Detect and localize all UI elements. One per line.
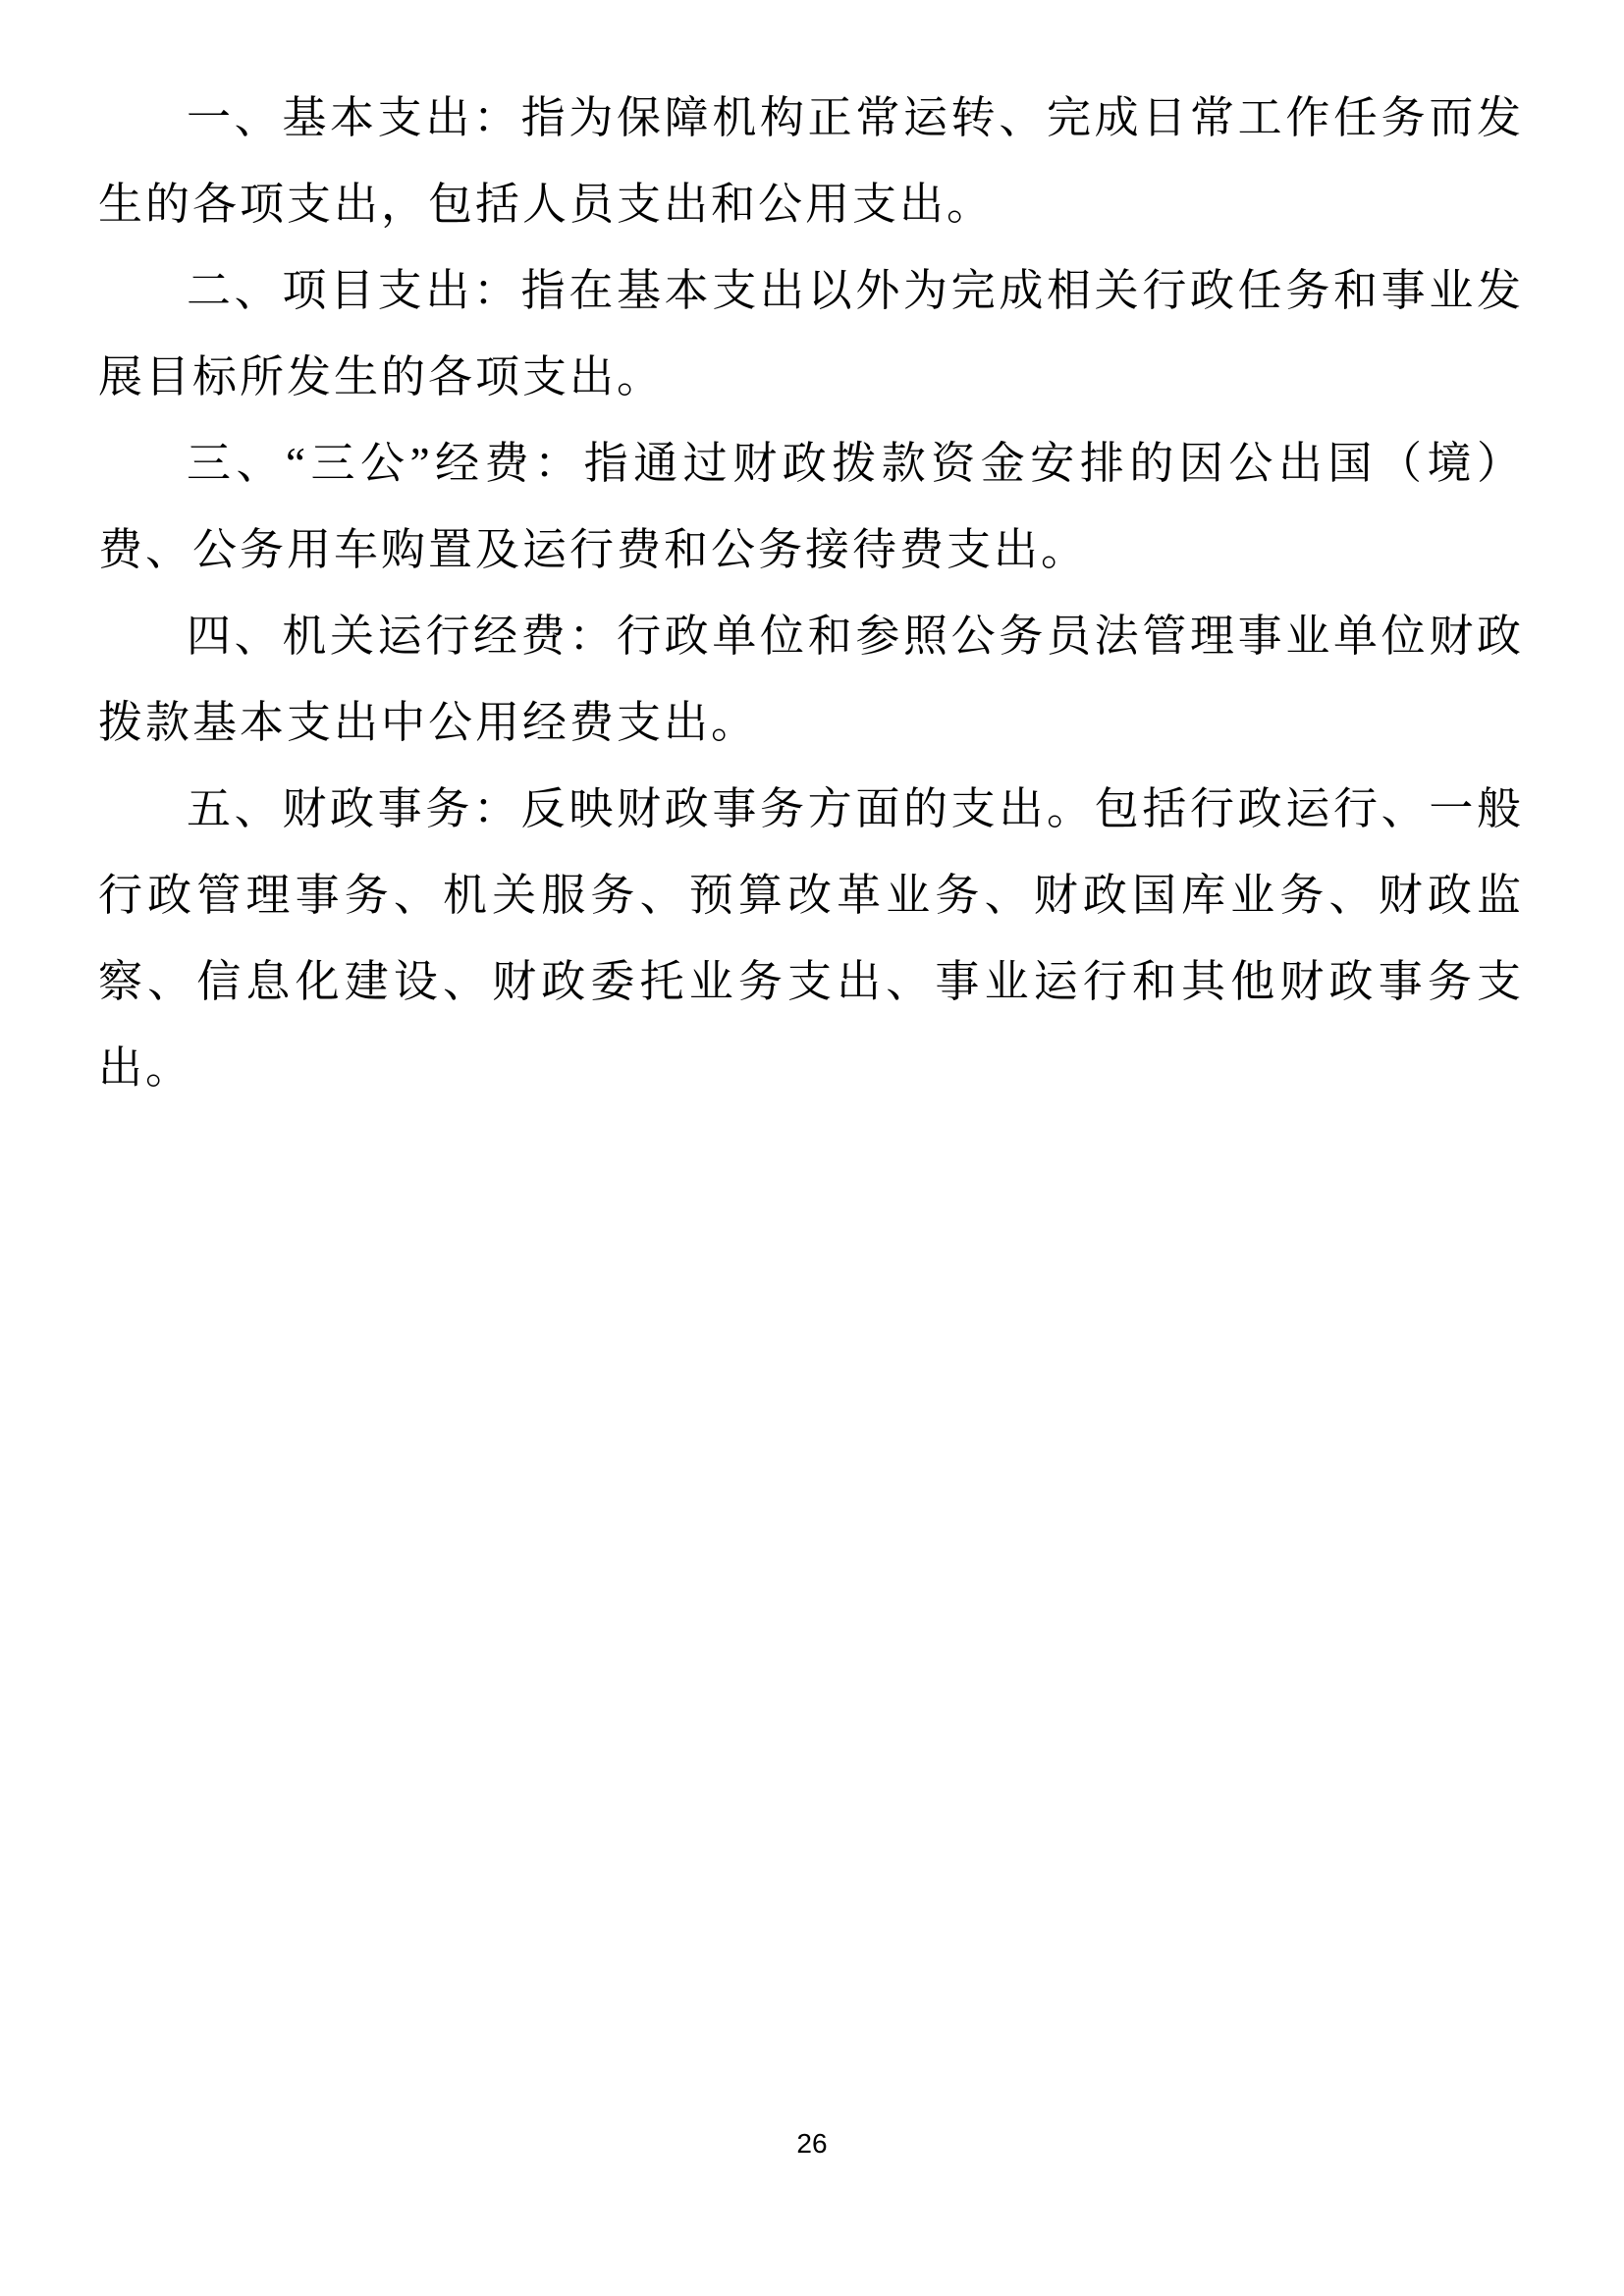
page-number: 26 [796,2128,827,2159]
paragraph-project-expenditure: 二、项目支出：指在基本支出以外为完成相关行政任务和事业发展目标所发生的各项支出。 [98,247,1524,420]
paragraph-financial-affairs: 五、财政事务：反映财政事务方面的支出。包括行政运行、一般行政管理事务、机关服务、… [98,766,1524,1111]
document-page: 一、基本支出：指为保障机构正常运转、完成日常工作任务而发生的各项支出，包括人员支… [0,0,1624,2296]
paragraph-agency-operating-funds: 四、机关运行经费：行政单位和参照公务员法管理事业单位财政拨款基本支出中公用经费支… [98,593,1524,766]
page-footer: 26 [0,2128,1624,2160]
document-body: 一、基本支出：指为保障机构正常运转、完成日常工作任务而发生的各项支出，包括人员支… [98,75,1524,1111]
paragraph-three-public-funds: 三、“三公”经费：指通过财政拨款资金安排的因公出国（境）费、公务用车购置及运行费… [98,420,1524,593]
paragraph-basic-expenditure: 一、基本支出：指为保障机构正常运转、完成日常工作任务而发生的各项支出，包括人员支… [98,75,1524,247]
